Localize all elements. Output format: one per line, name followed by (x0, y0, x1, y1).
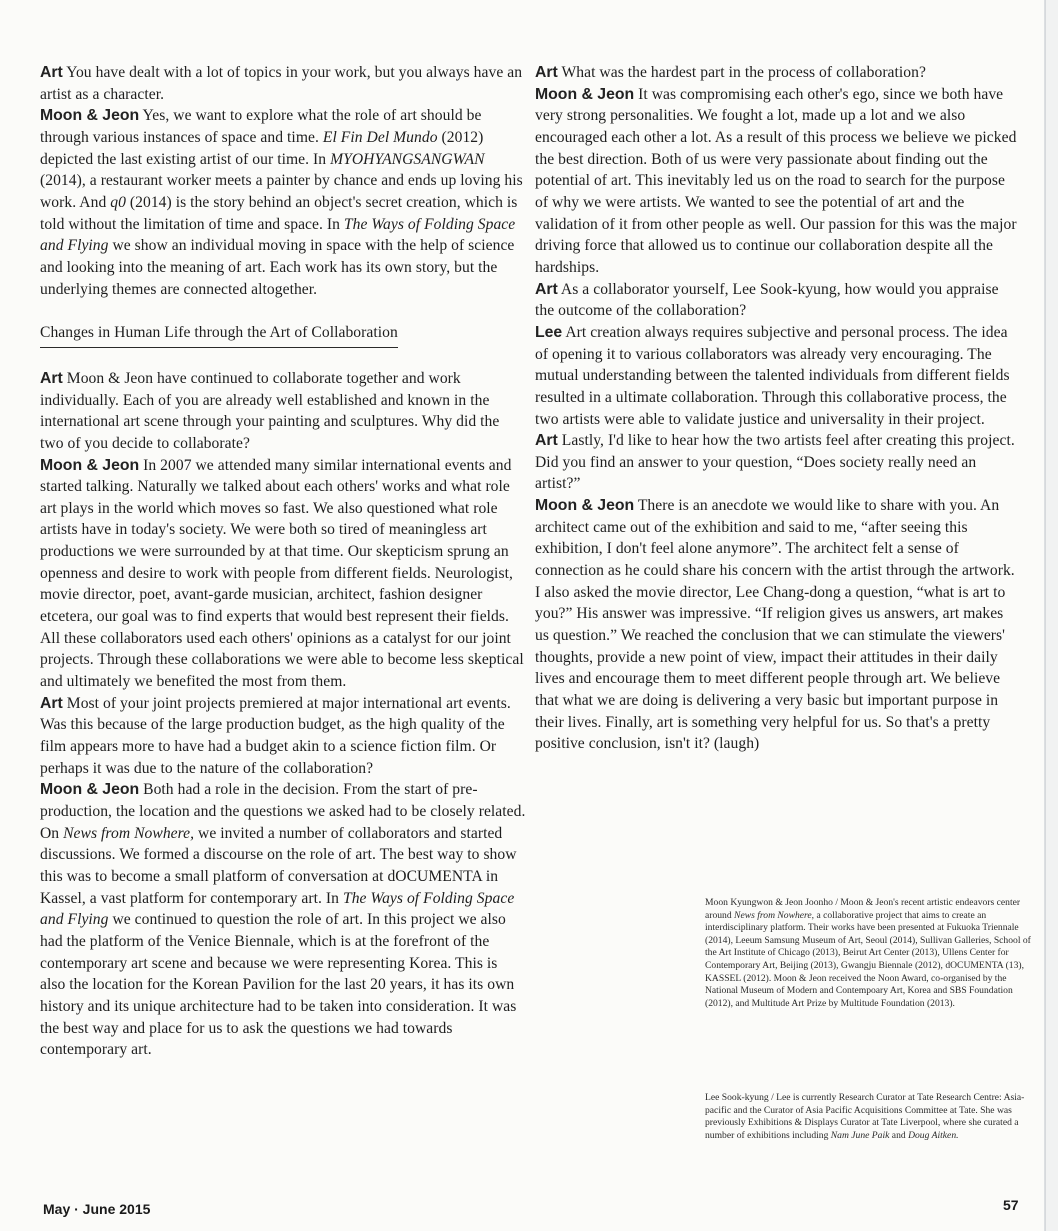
speaker-label: Moon & Jeon (40, 107, 139, 124)
paragraph-text: You have dealt with a lot of topics in y… (40, 64, 522, 103)
page-number: 57 (1003, 1197, 1019, 1213)
qa-paragraph: Art Most of your joint projects premiere… (40, 693, 526, 780)
page-edge-shade (1046, 0, 1058, 1231)
issue-date: May · June 2015 (43, 1201, 150, 1217)
paragraph-text: Both had a role in the decision. From th… (40, 781, 525, 1058)
speaker-label: Art (535, 432, 558, 449)
work-title: News from Nowhere, (63, 825, 194, 842)
qa-paragraph: Art You have dealt with a lot of topics … (40, 62, 526, 105)
paragraph-text: Moon & Jeon have continued to collaborat… (40, 370, 499, 452)
paragraph-text: There is an anecdote we would like to sh… (535, 497, 1015, 752)
curator-bio: Lee Sook-kyung / Lee is currently Resear… (705, 1092, 1035, 1142)
speaker-label: Art (40, 64, 63, 81)
work-title: News from Nowhere, (734, 910, 814, 921)
section-heading: Changes in Human Life through the Art of… (40, 322, 398, 348)
paragraph-text: In 2007 we attended many similar interna… (40, 457, 524, 691)
speaker-label: Art (535, 64, 558, 81)
paragraph-text: Yes, we want to explore what the role of… (40, 107, 523, 297)
paragraph-text: What was the hardest part in the process… (562, 64, 926, 81)
page-gutter-edge (1044, 0, 1046, 1231)
paragraph-text: As a collaborator yourself, Lee Sook-kyu… (535, 281, 999, 320)
speaker-label: Moon & Jeon (40, 781, 139, 798)
speaker-label: Lee (535, 324, 562, 341)
right-column: Art What was the hardest part in the pro… (535, 62, 1020, 755)
speaker-label: Art (40, 695, 63, 712)
paragraph-text: Lastly, I'd like to hear how the two art… (535, 432, 1015, 492)
qa-paragraph: Lee Art creation always requires subject… (535, 322, 1020, 430)
qa-paragraph: Moon & Jeon There is an anecdote we woul… (535, 495, 1020, 755)
qa-paragraph: Moon & Jeon In 2007 we attended many sim… (40, 455, 526, 693)
speaker-label: Art (535, 281, 558, 298)
qa-paragraph: Moon & Jeon Yes, we want to explore what… (40, 105, 526, 300)
qa-paragraph: Moon & Jeon Both had a role in the decis… (40, 779, 526, 1061)
qa-paragraph: Art Lastly, I'd like to hear how the two… (535, 430, 1020, 495)
speaker-label: Moon & Jeon (535, 86, 634, 103)
work-title: Nam June Paik (831, 1130, 890, 1141)
paragraph-text: Most of your joint projects premiered at… (40, 695, 511, 777)
qa-paragraph: Moon & Jeon It was compromising each oth… (535, 84, 1020, 279)
paragraph-text: Art creation always requires subjective … (535, 324, 1010, 428)
paragraph-text: It was compromising each other's ego, si… (535, 86, 1017, 276)
speaker-label: Art (40, 370, 63, 387)
interview-block-2: Art Moon & Jeon have continued to collab… (40, 368, 526, 1061)
speaker-label: Moon & Jeon (535, 497, 634, 514)
qa-paragraph: Art What was the hardest part in the pro… (535, 62, 1020, 84)
interview-block-1: Art You have dealt with a lot of topics … (40, 62, 526, 300)
work-title: El Fin Del Mundo (323, 129, 438, 146)
left-column: Art You have dealt with a lot of topics … (40, 62, 526, 1061)
work-title: q0 (110, 194, 126, 211)
qa-paragraph: Art As a collaborator yourself, Lee Sook… (535, 279, 1020, 322)
work-title: Doug Aitken. (908, 1130, 958, 1141)
speaker-label: Moon & Jeon (40, 457, 139, 474)
artist-bio: Moon Kyungwon & Jeon Joonho / Moon & Jeo… (705, 897, 1035, 1010)
work-title: MYOHYANGSANGWAN (330, 151, 485, 168)
qa-paragraph: Art Moon & Jeon have continued to collab… (40, 368, 526, 455)
